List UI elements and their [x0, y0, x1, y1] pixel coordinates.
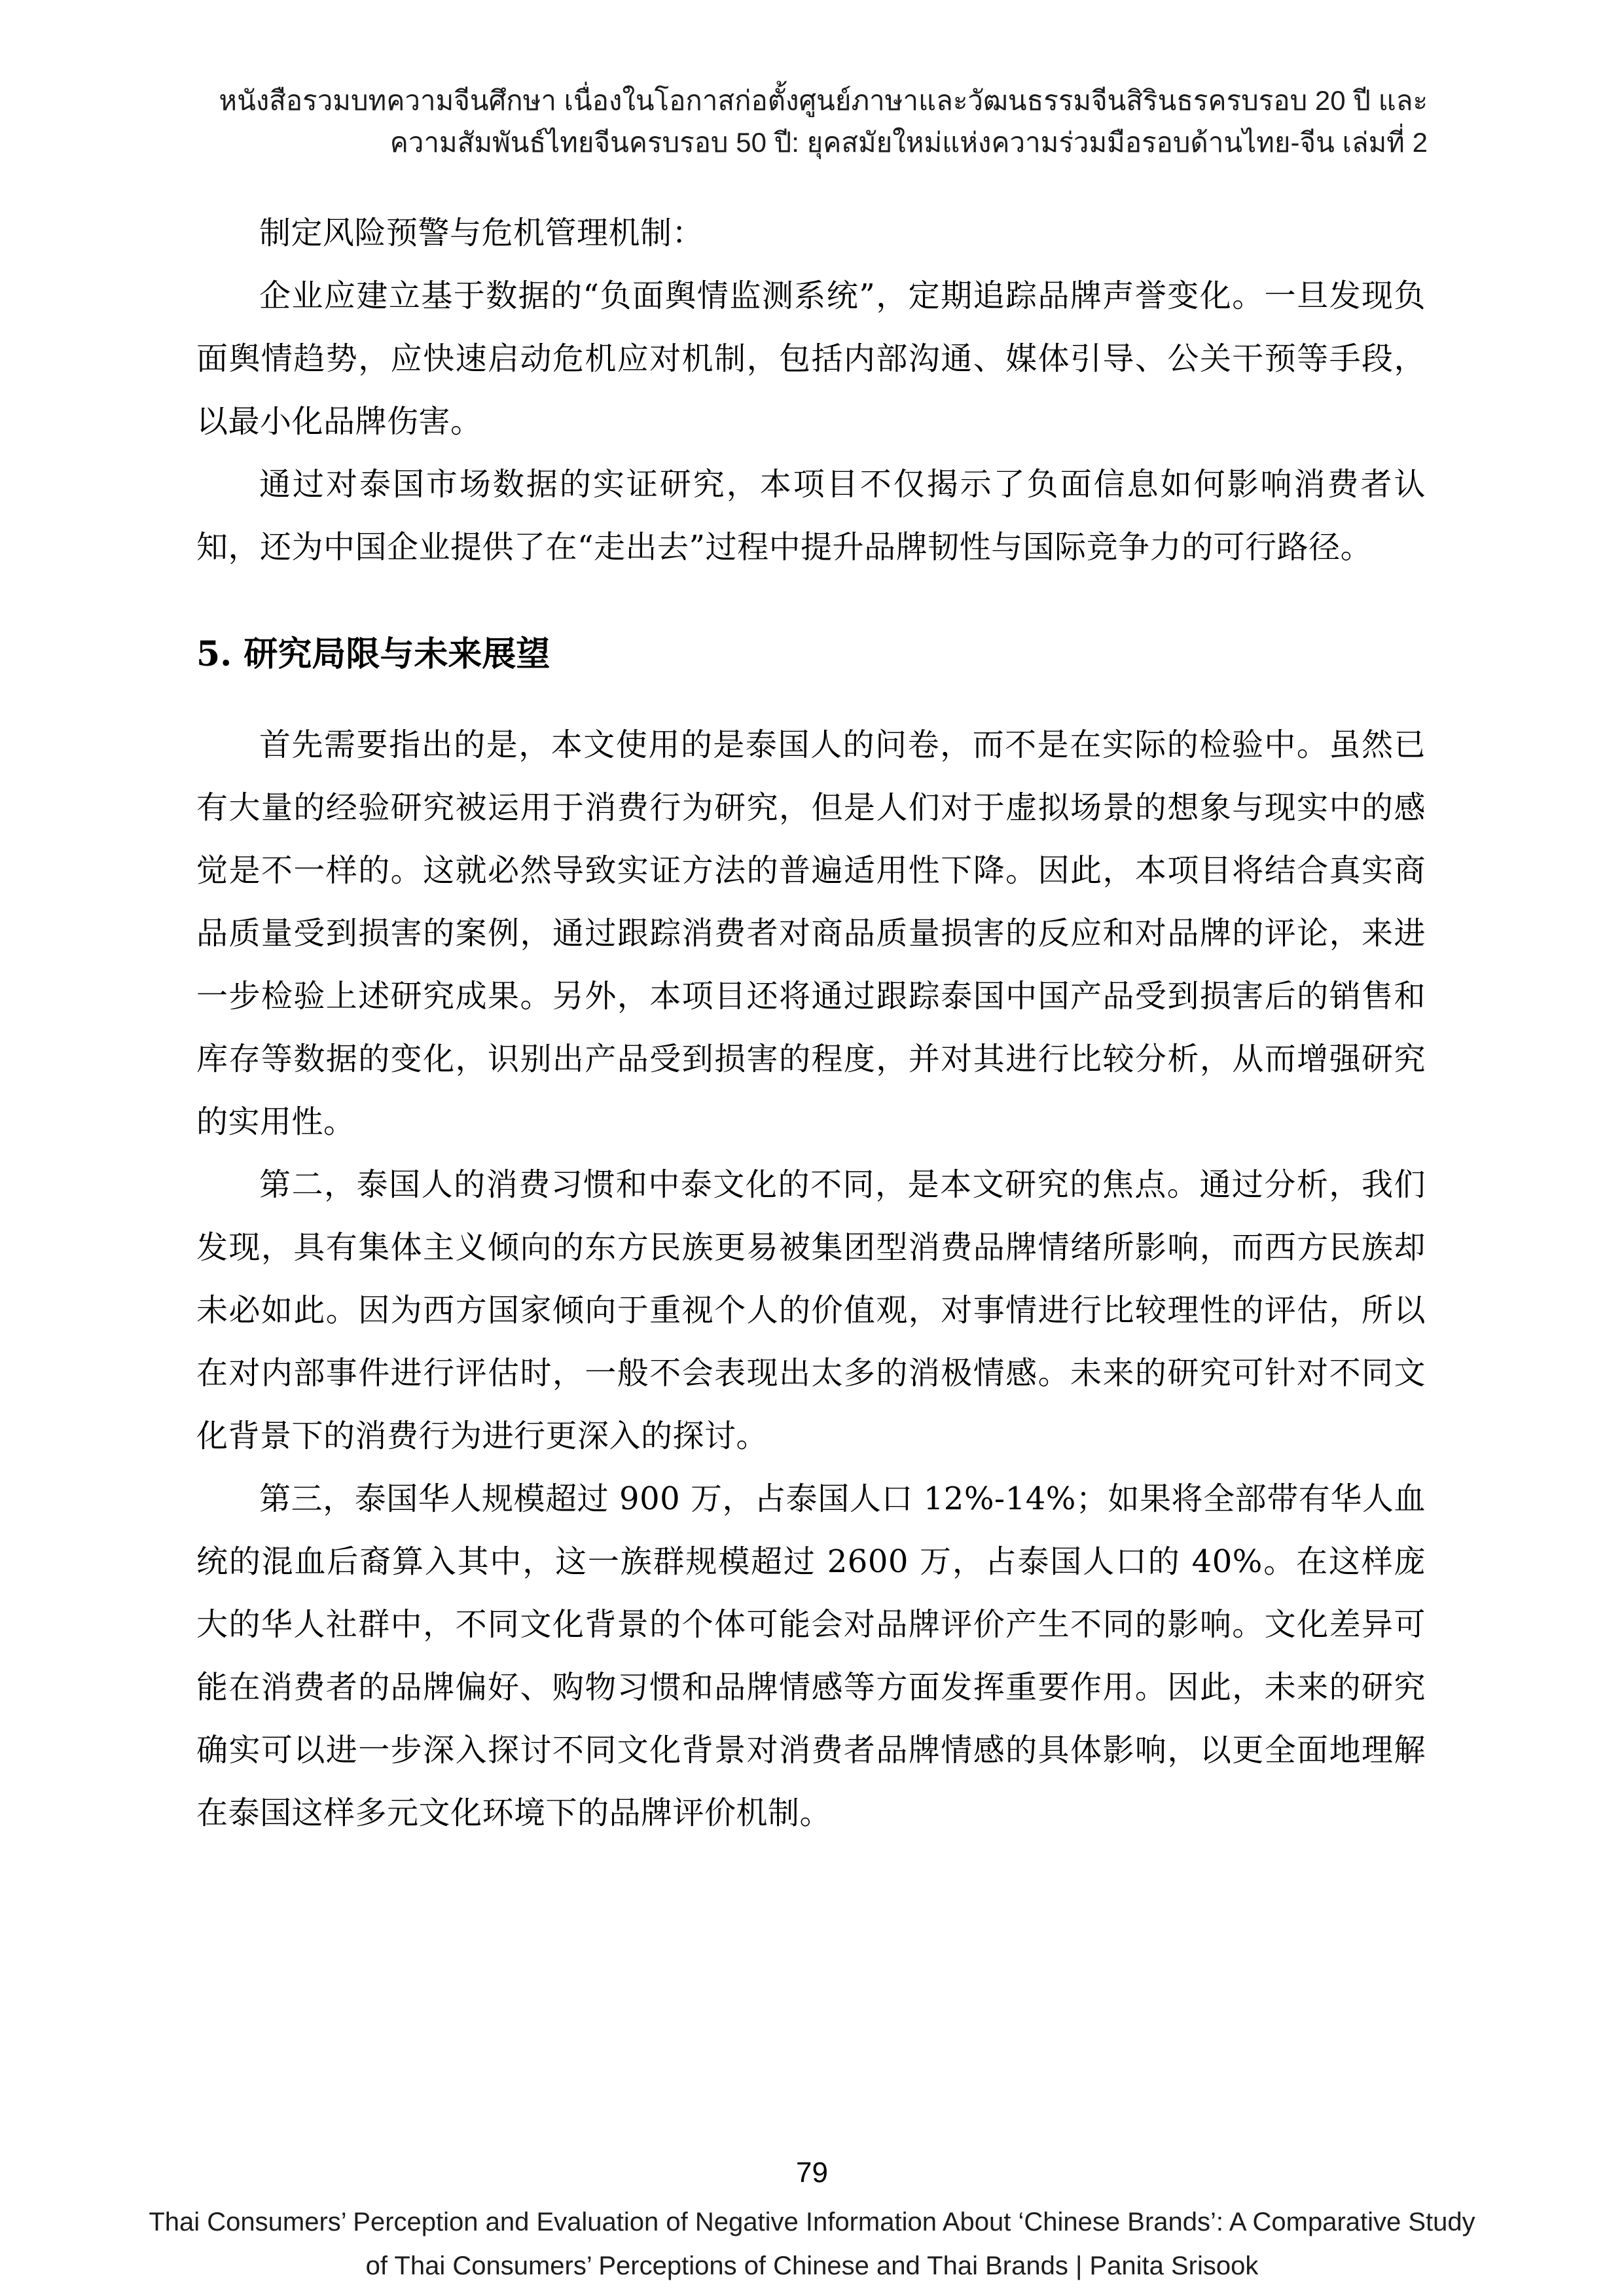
running-header-line-1: หนังสือรวมบทความจีนศึกษา เนื่องในโอกาสก่… — [196, 80, 1428, 122]
document-page: หนังสือรวมบทความจีนศึกษา เนื่องในโอกาสก่… — [0, 0, 1624, 2296]
paragraph-crisis-mechanism-lead: 制定风险预警与危机管理机制： — [196, 202, 1426, 264]
paragraph-crisis-mechanism-detail: 企业应建立基于数据的“负面舆情监测系统”，定期追踪品牌声誉变化。一旦发现负面舆情… — [196, 264, 1426, 453]
page-number: 79 — [0, 2153, 1624, 2193]
running-header: หนังสือรวมบทความจีนศึกษา เนื่องในโอกาสก่… — [196, 80, 1428, 164]
running-header-line-2: ความสัมพันธ์ไทยจีนครบรอบ 50 ปี: ยุคสมัยใ… — [196, 122, 1428, 164]
footer-article-title-line-2: of Thai Consumers’ Perceptions of Chines… — [0, 2244, 1624, 2288]
paragraph-limitation-third: 第三，泰国华人规模超过 900 万，占泰国人口 12%-14%；如果将全部带有华… — [196, 1467, 1426, 1844]
paragraph-limitation-second: 第二，泰国人的消费习惯和中泰文化的不同，是本文研究的焦点。通过分析，我们发现，具… — [196, 1153, 1426, 1467]
section-heading-limitations-outlook: 5. 研究局限与未来展望 — [196, 623, 1426, 686]
paragraph-empirical-study-summary: 通过对泰国市场数据的实证研究，本项目不仅揭示了负面信息如何影响消费者认知，还为中… — [196, 453, 1426, 579]
page-footer: 79 Thai Consumers’ Perception and Evalua… — [0, 2153, 1624, 2288]
paragraph-limitation-first: 首先需要指出的是，本文使用的是泰国人的问卷，而不是在实际的检验中。虽然已有大量的… — [196, 713, 1426, 1153]
document-body: 制定风险预警与危机管理机制： 企业应建立基于数据的“负面舆情监测系统”，定期追踪… — [196, 202, 1426, 1844]
footer-article-title-line-1: Thai Consumers’ Perception and Evaluatio… — [0, 2200, 1624, 2244]
